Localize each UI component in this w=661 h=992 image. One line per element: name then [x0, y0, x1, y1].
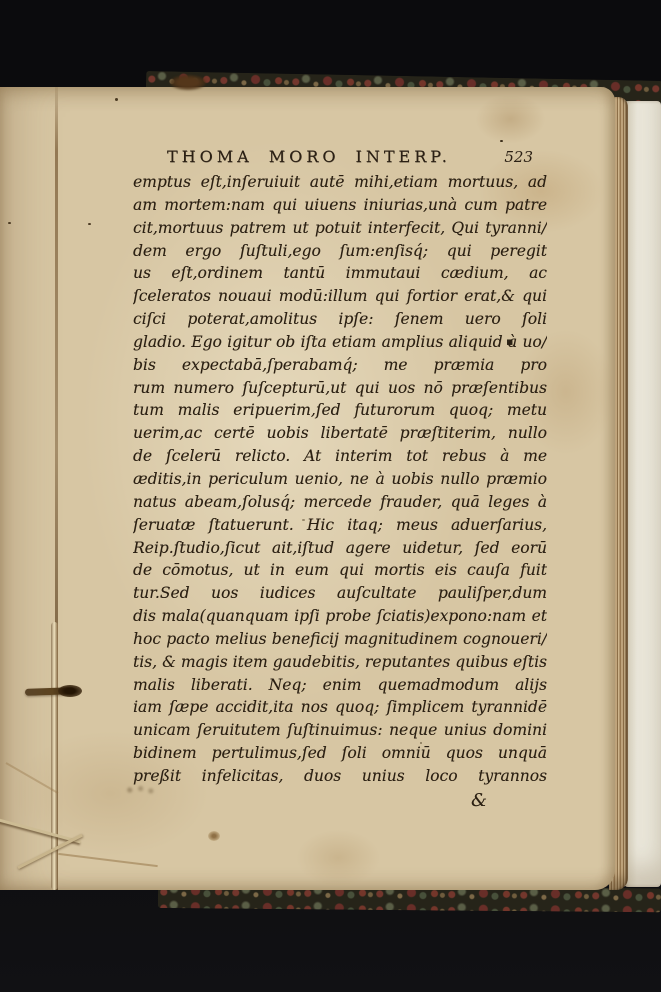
text-line: dem ergo ſuſtuli,ego ſum:enſisq́; qui pe…	[133, 240, 547, 263]
paper-speck	[115, 98, 118, 101]
text-line: dis mala(quanquam ipſi probe ſciatis)exp…	[133, 605, 547, 628]
text-line: de cōmotus, ut in eum qui mortis eis cau…	[133, 559, 547, 582]
book-page: THOMA MORO INTERP. 523 ▪ emptus eſt,inſe…	[0, 87, 615, 890]
paper-tear	[58, 853, 157, 867]
ink-blot	[58, 685, 82, 697]
text-line: iam ſæpe accidit,ita nos quoq; ſimplicem…	[133, 696, 547, 719]
text-line: cit,mortuus patrem ut potuit interfecit,…	[133, 217, 547, 240]
text-line: de ſcelerū relicto. At interim tot rebus…	[133, 445, 547, 468]
text-line: emptus eſt,inſeruiuit autē mihi,etiam mo…	[133, 171, 547, 194]
page-number: 523	[504, 148, 533, 166]
text-line: hoc pacto melius beneficij magnitudinem …	[133, 628, 547, 651]
running-title: THOMA MORO INTERP.	[167, 147, 451, 166]
text-line: tis, & magis item gaudebitis, reputantes…	[133, 651, 547, 674]
text-line: bidinem pertulimus,ſed ſoli omniū quos u…	[133, 742, 547, 765]
underlying-page-surface	[624, 101, 661, 887]
body-text-block: emptus eſt,inſeruiuit autē mihi,etiam mo…	[133, 171, 547, 813]
cover-edge-blob	[170, 75, 206, 90]
text-line: rum numero ſuſcepturū,ut qui uos nō præſ…	[133, 377, 547, 400]
text-line: am mortem:nam qui uiuens iniurias,unà cu…	[133, 194, 547, 217]
paper-speck	[500, 140, 503, 142]
text-line: æditis,in periculum uenio, ne à uobis nu…	[133, 468, 547, 491]
text-line: ſeruatæ ſtatuerunt. Hic itaq; meus aduer…	[133, 514, 547, 537]
photo-stage: THOMA MORO INTERP. 523 ▪ emptus eſt,inſe…	[0, 0, 661, 992]
paper-speck	[8, 222, 11, 224]
foxing-stain	[208, 831, 220, 841]
text-line: us eſt,ordinem tantū immutaui cædium, ac…	[133, 262, 547, 285]
text-line: unicam ſeruitutem ſuſtinuimus: neque uni…	[133, 719, 547, 742]
paper-speck	[88, 223, 91, 225]
text-line: preßit infelicitas, duos unius loco tyra…	[133, 765, 547, 788]
text-line: tum malis eripuerim,ſed futurorum quoq; …	[133, 399, 547, 422]
text-line: malis liberati. Neq; enim quemadmodum al…	[133, 674, 547, 697]
running-header: THOMA MORO INTERP. 523	[133, 147, 547, 169]
text-line: Reip.ſtudio,ſicut ait,iſtud agere uidetu…	[133, 537, 547, 560]
paper-tear	[17, 834, 82, 869]
body-text-lines: emptus eſt,inſeruiuit autē mihi,etiam mo…	[133, 171, 547, 788]
catchword: &	[133, 790, 547, 813]
text-line: uerim,ac certē uobis libertatē præſtiter…	[133, 422, 547, 445]
text-line: bis expectabā,ſperabamq́; me præmia pro …	[133, 354, 547, 377]
text-line: ſceleratos nouaui modū:illum qui fortior…	[133, 285, 547, 308]
text-line: gladio. Ego igitur ob iſta etiam amplius…	[133, 331, 547, 354]
text-line: ciſci poterat,amolitus ipſe: ſenem uero …	[133, 308, 547, 331]
text-line: tur.Sed uos iudices auſcultate pauliſper…	[133, 582, 547, 605]
text-line: natus abeam,ſolusq́; mercede frauder, qu…	[133, 491, 547, 514]
